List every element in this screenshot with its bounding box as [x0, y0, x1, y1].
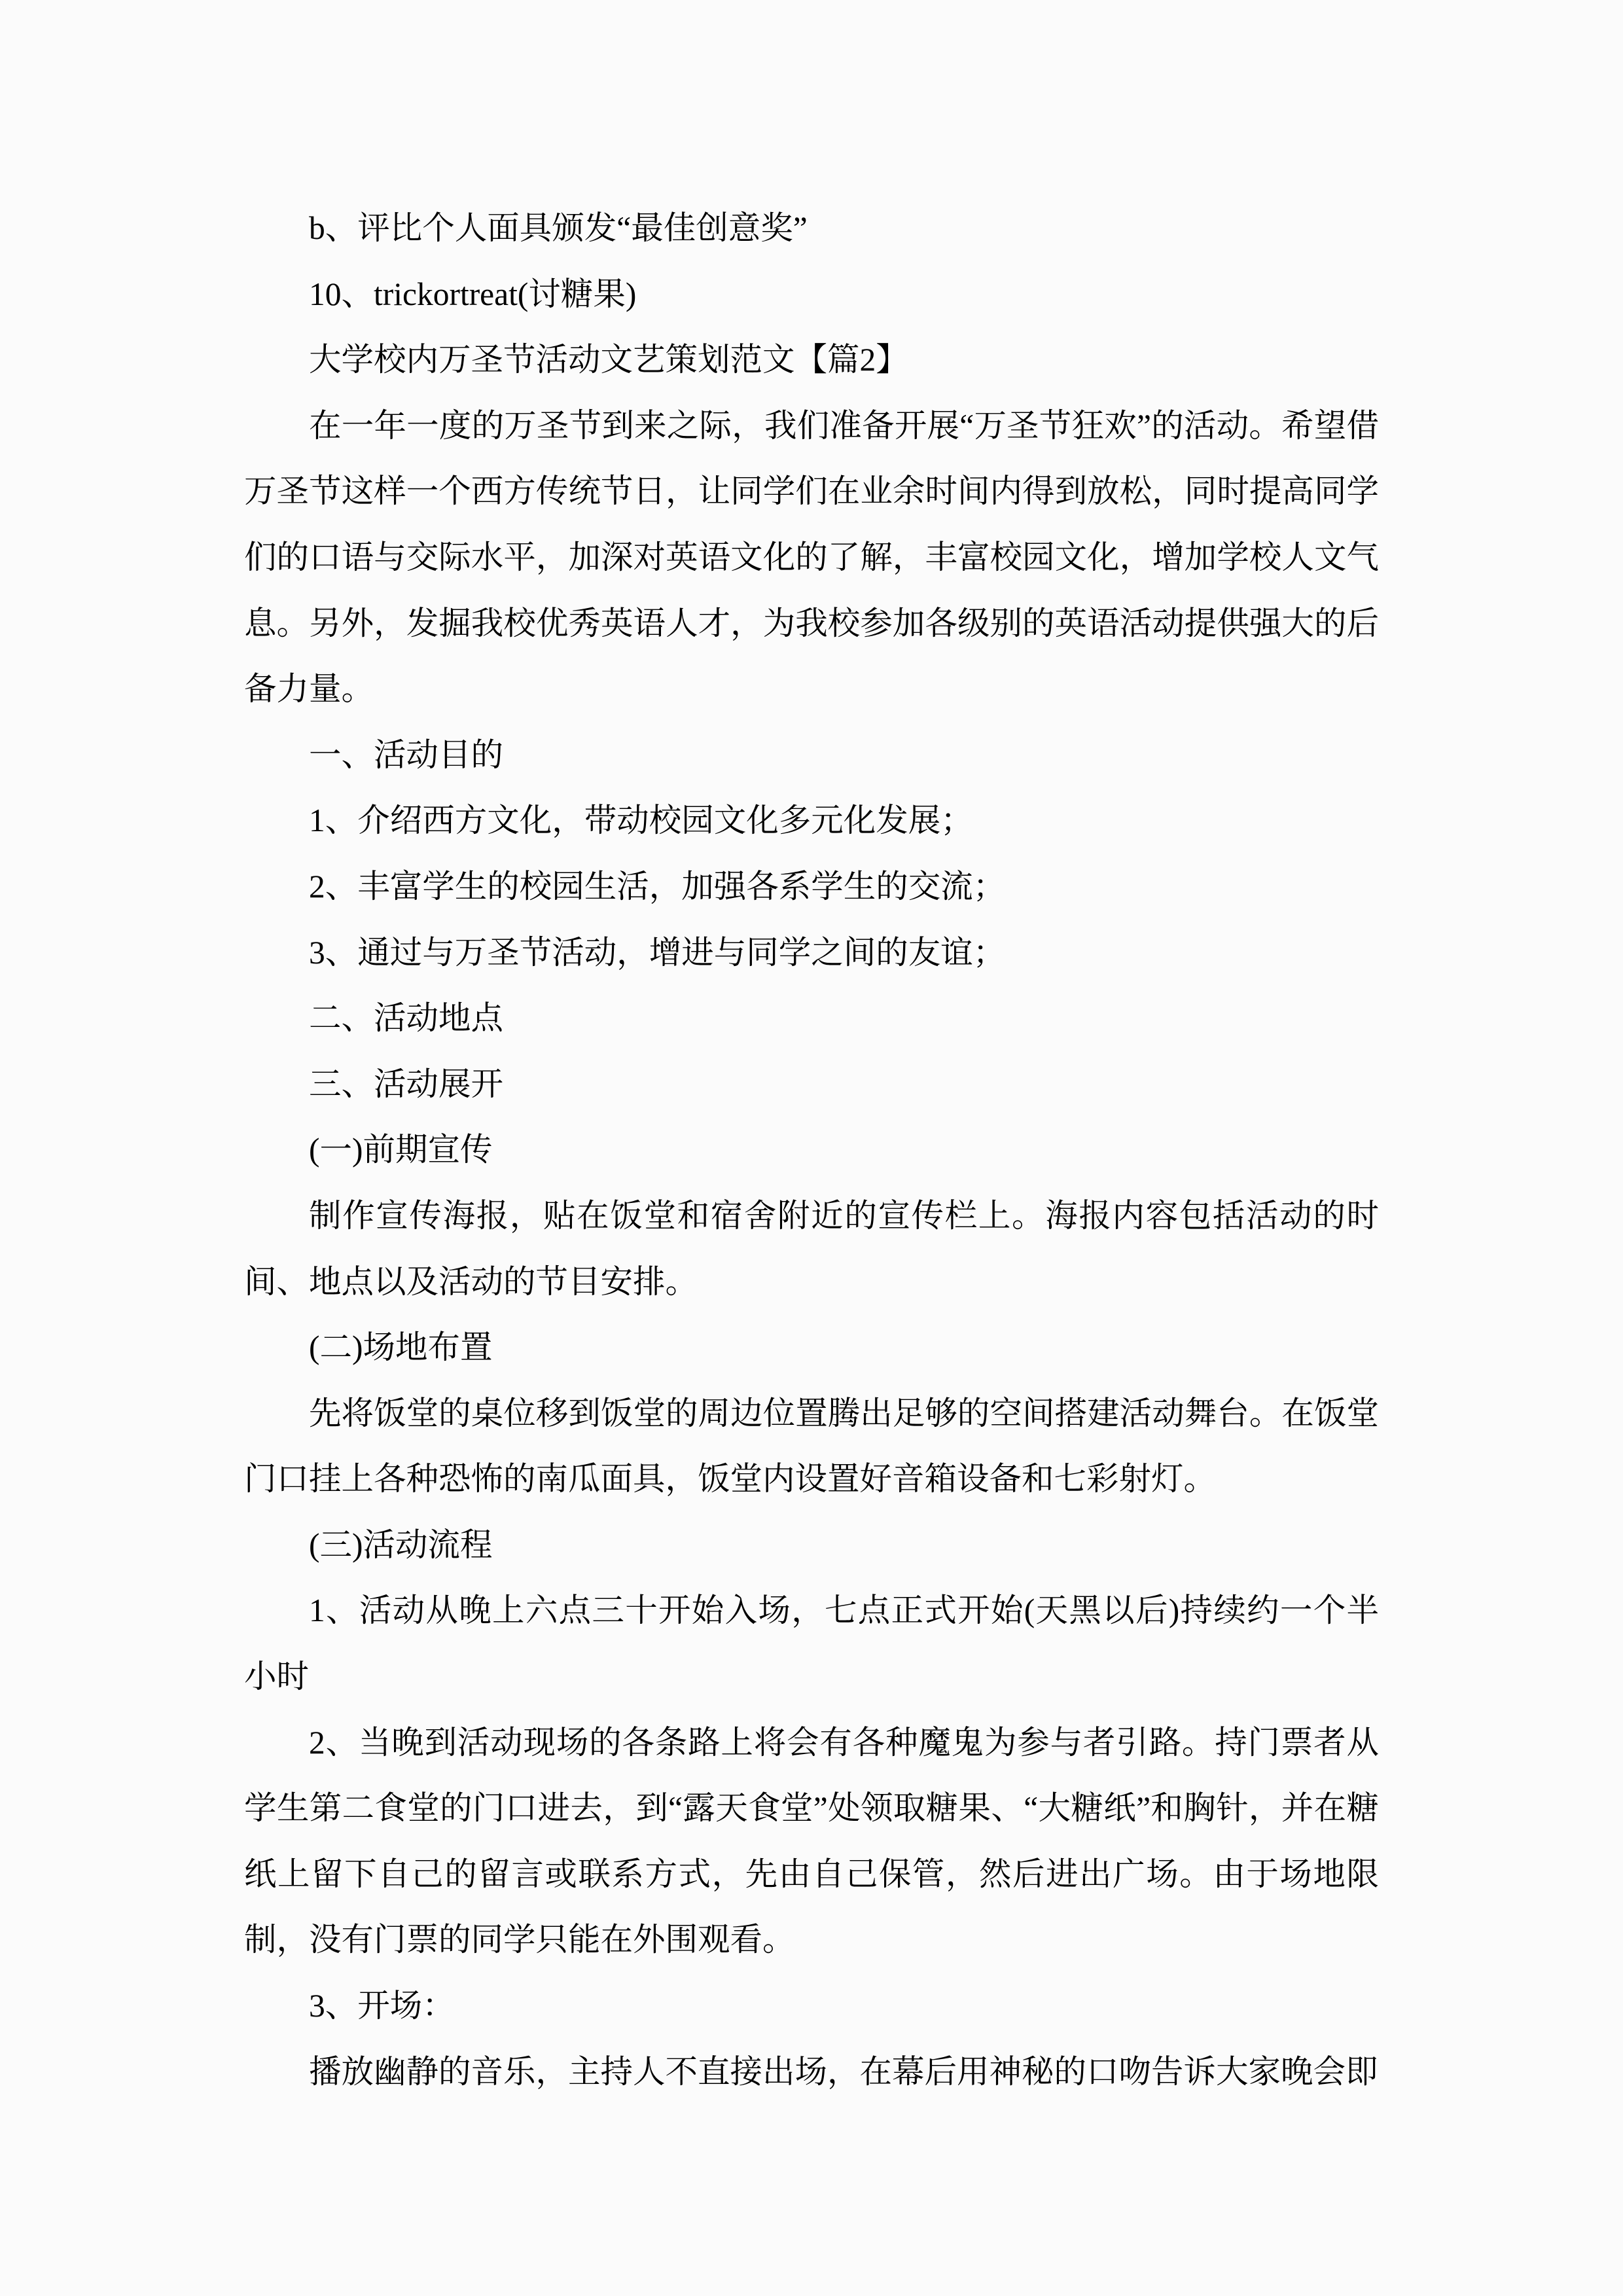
section-heading: 二、活动地点 — [244, 986, 1379, 1052]
paragraph: 10、trickortreat(讨糖果) — [244, 262, 1379, 328]
paragraph: 播放幽静的音乐，主持人不直接出场，在幕后用神秘的口吻告诉大家晚会即 — [244, 2039, 1379, 2106]
list-item: 2、丰富学生的校园生活，加强各系学生的交流； — [244, 854, 1379, 920]
paragraph: 先将饭堂的桌位移到饭堂的周边位置腾出足够的空间搭建活动舞台。在饭堂门口挂上各种恐… — [244, 1381, 1379, 1513]
paragraph: b、评比个人面具颁发“最佳创意奖” — [244, 196, 1379, 262]
paragraph: 制作宣传海报，贴在饭堂和宿舍附近的宣传栏上。海报内容包括活动的时间、地点以及活动… — [244, 1183, 1379, 1315]
sub-heading: (一)前期宣传 — [244, 1117, 1379, 1183]
section-title: 大学校内万圣节活动文艺策划范文【篇2】 — [244, 327, 1379, 393]
list-item: 1、介绍西方文化，带动校园文化多元化发展； — [244, 788, 1379, 854]
section-heading: 一、活动目的 — [244, 723, 1379, 789]
document-text: b、评比个人面具颁发“最佳创意奖” 10、trickortreat(讨糖果) 大… — [244, 196, 1379, 2105]
list-item: 3、开场： — [244, 1973, 1379, 2039]
list-item: 2、当晚到活动现场的各条路上将会有各种魔鬼为参与者引路。持门票者从学生第二食堂的… — [244, 1710, 1379, 1973]
paragraph: 在一年一度的万圣节到来之际，我们准备开展“万圣节狂欢”的活动。希望借万圣节这样一… — [244, 393, 1379, 723]
section-heading: 三、活动展开 — [244, 1052, 1379, 1118]
list-item: 1、活动从晚上六点三十开始入场，七点正式开始(天黑以后)持续约一个半小时 — [244, 1578, 1379, 1710]
sub-heading: (二)场地布置 — [244, 1315, 1379, 1381]
list-item: 3、通过与万圣节活动，增进与同学之间的友谊； — [244, 920, 1379, 986]
document-page: b、评比个人面具颁发“最佳创意奖” 10、trickortreat(讨糖果) 大… — [0, 0, 1623, 2296]
sub-heading: (三)活动流程 — [244, 1513, 1379, 1579]
